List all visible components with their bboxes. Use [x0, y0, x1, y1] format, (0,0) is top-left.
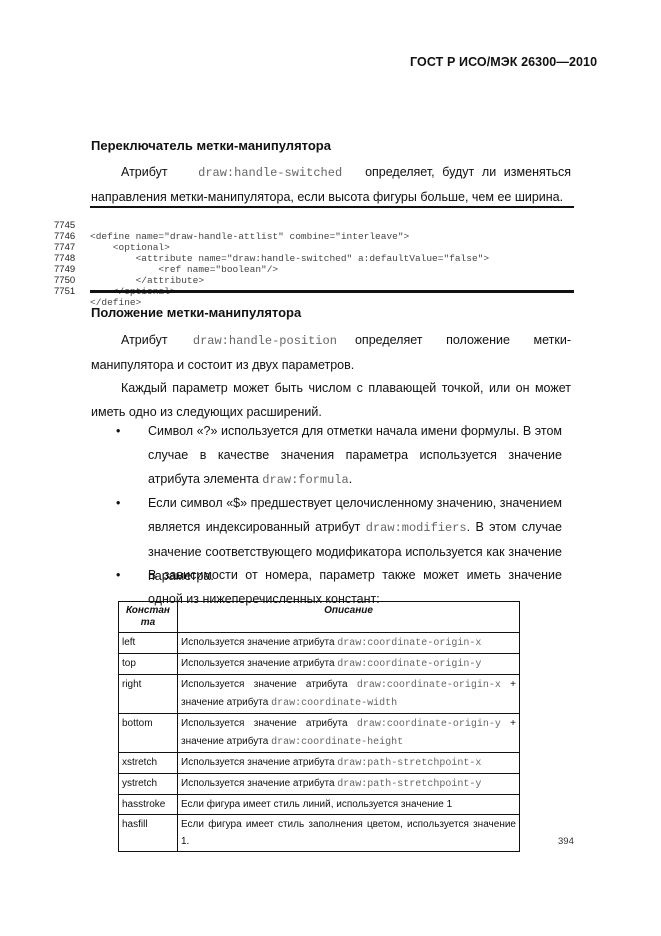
text: определяет положение метки-: [355, 333, 571, 347]
inline-code: draw:coordinate-origin-x: [337, 638, 481, 649]
text: Символ «?» используется для отметки нача…: [148, 424, 562, 486]
constant-cell: bottom: [119, 714, 178, 753]
table-row: top Используется значение атрибута draw:…: [119, 654, 520, 675]
code-text: </attribute>: [90, 275, 204, 286]
table-header-row: Констан та Описание: [119, 602, 520, 633]
description-cell: Используется значение атрибута draw:coor…: [178, 633, 520, 654]
code-rule-top: [90, 206, 574, 208]
code-text: <define name="draw-handle-attlist" combi…: [90, 231, 409, 242]
bullet-text: Символ «?» используется для отметки нача…: [148, 419, 562, 492]
code-text: <attribute name="draw:handle-switched" a…: [90, 253, 489, 264]
text: Используется значение атрибута: [181, 637, 337, 648]
section-heading-handle-position: Положение метки-манипулятора: [91, 305, 301, 320]
code-text: <optional>: [90, 242, 170, 253]
table-row: bottom Используется значение атрибута dr…: [119, 714, 520, 753]
code-line: 7749 </attribute>: [54, 253, 65, 264]
constant-cell: ystretch: [119, 774, 178, 795]
inline-code: draw:coordinate-origin-y: [357, 719, 501, 730]
text: Используется значение атрибута: [181, 679, 357, 690]
description-cell: Используется значение атрибута draw:path…: [178, 753, 520, 774]
code-line: 7747 <attribute name="draw:handle-switch…: [54, 231, 65, 242]
line-number: 7751: [54, 286, 84, 297]
inline-code: draw:modifiers: [366, 521, 467, 535]
description-cell: Если фигура имеет стиль линий, используе…: [178, 795, 520, 815]
code-rule-bottom: [90, 290, 574, 293]
column-header-description: Описание: [178, 602, 520, 633]
table-row: hasstroke Если фигура имеет стиль линий,…: [119, 795, 520, 815]
paragraph-handle-switched: Атрибут draw:handle-switched определяет,…: [91, 160, 571, 209]
inline-code: draw:handle-switched: [198, 166, 342, 180]
text: .: [349, 472, 352, 486]
page-number: 394: [558, 836, 574, 847]
inline-code: draw:coordinate-height: [271, 737, 403, 748]
code-line: 7750 </optional>: [54, 264, 65, 275]
constant-cell: right: [119, 675, 178, 714]
code-line: 7745 <define name="draw-handle-attlist" …: [54, 209, 65, 220]
description-cell: Если фигура имеет стиль заполнения цвето…: [178, 815, 520, 852]
code-line: 7751 </define>: [54, 275, 65, 286]
paragraph-line: манипулятора и состоит из двух параметро…: [91, 353, 571, 377]
inline-code: draw:handle-position: [193, 334, 337, 348]
constant-cell: hasfill: [119, 815, 178, 852]
description-cell: Используется значение атрибута draw:coor…: [178, 675, 520, 714]
code-line: 7748 <ref name="boolean"/>: [54, 242, 65, 253]
inline-code: draw:formula: [262, 473, 348, 487]
paragraph-line: Атрибут draw:handle-position определяет …: [91, 328, 571, 353]
table-row: left Используется значение атрибута draw…: [119, 633, 520, 654]
paragraph-parameters: Каждый параметр может быть числом с плав…: [91, 376, 571, 424]
paragraph-line: Каждый параметр может быть числом с плав…: [91, 376, 571, 400]
table-row: right Используется значение атрибута dra…: [119, 675, 520, 714]
bullet-icon: •: [116, 563, 120, 587]
code-line: 7746 <optional>: [54, 220, 65, 231]
text: определяет, будут ли изменяться: [365, 165, 571, 179]
bullet-icon: •: [116, 491, 120, 515]
text: Используется значение атрибута: [181, 757, 337, 768]
inline-code: draw:coordinate-width: [271, 698, 397, 709]
table-row: ystretch Используется значение атрибута …: [119, 774, 520, 795]
paragraph-handle-position: Атрибут draw:handle-position определяет …: [91, 328, 571, 377]
section-heading-handle-switched: Переключатель метки-манипулятора: [91, 138, 331, 153]
constants-table: Констан та Описание left Используется зн…: [118, 601, 520, 852]
description-cell: Используется значение атрибута draw:path…: [178, 774, 520, 795]
constant-cell: top: [119, 654, 178, 675]
bullet-icon: •: [116, 419, 120, 443]
constant-cell: left: [119, 633, 178, 654]
document-header: ГОСТ Р ИСО/МЭК 26300—2010: [410, 55, 597, 69]
constant-cell: hasstroke: [119, 795, 178, 815]
table-row: hasfill Если фигура имеет стиль заполнен…: [119, 815, 520, 852]
text: Используется значение атрибута: [181, 718, 357, 729]
inline-code: draw:coordinate-origin-x: [357, 680, 501, 691]
text: Используется значение атрибута: [181, 658, 337, 669]
text: Атрибут: [121, 165, 168, 179]
description-cell: Используется значение атрибута draw:coor…: [178, 714, 520, 753]
constant-cell: xstretch: [119, 753, 178, 774]
text: Используется значение атрибута: [181, 778, 337, 789]
description-cell: Используется значение атрибута draw:coor…: [178, 654, 520, 675]
inline-code: draw:path-stretchpoint-x: [337, 758, 481, 769]
column-header-constant: Констан та: [119, 602, 178, 633]
inline-code: draw:path-stretchpoint-y: [337, 779, 481, 790]
inline-code: draw:coordinate-origin-y: [337, 659, 481, 670]
table-row: xstretch Используется значение атрибута …: [119, 753, 520, 774]
paragraph-line: Атрибут draw:handle-switched определяет,…: [91, 160, 571, 185]
text: Атрибут: [121, 333, 168, 347]
code-text: <ref name="boolean"/>: [90, 264, 278, 275]
